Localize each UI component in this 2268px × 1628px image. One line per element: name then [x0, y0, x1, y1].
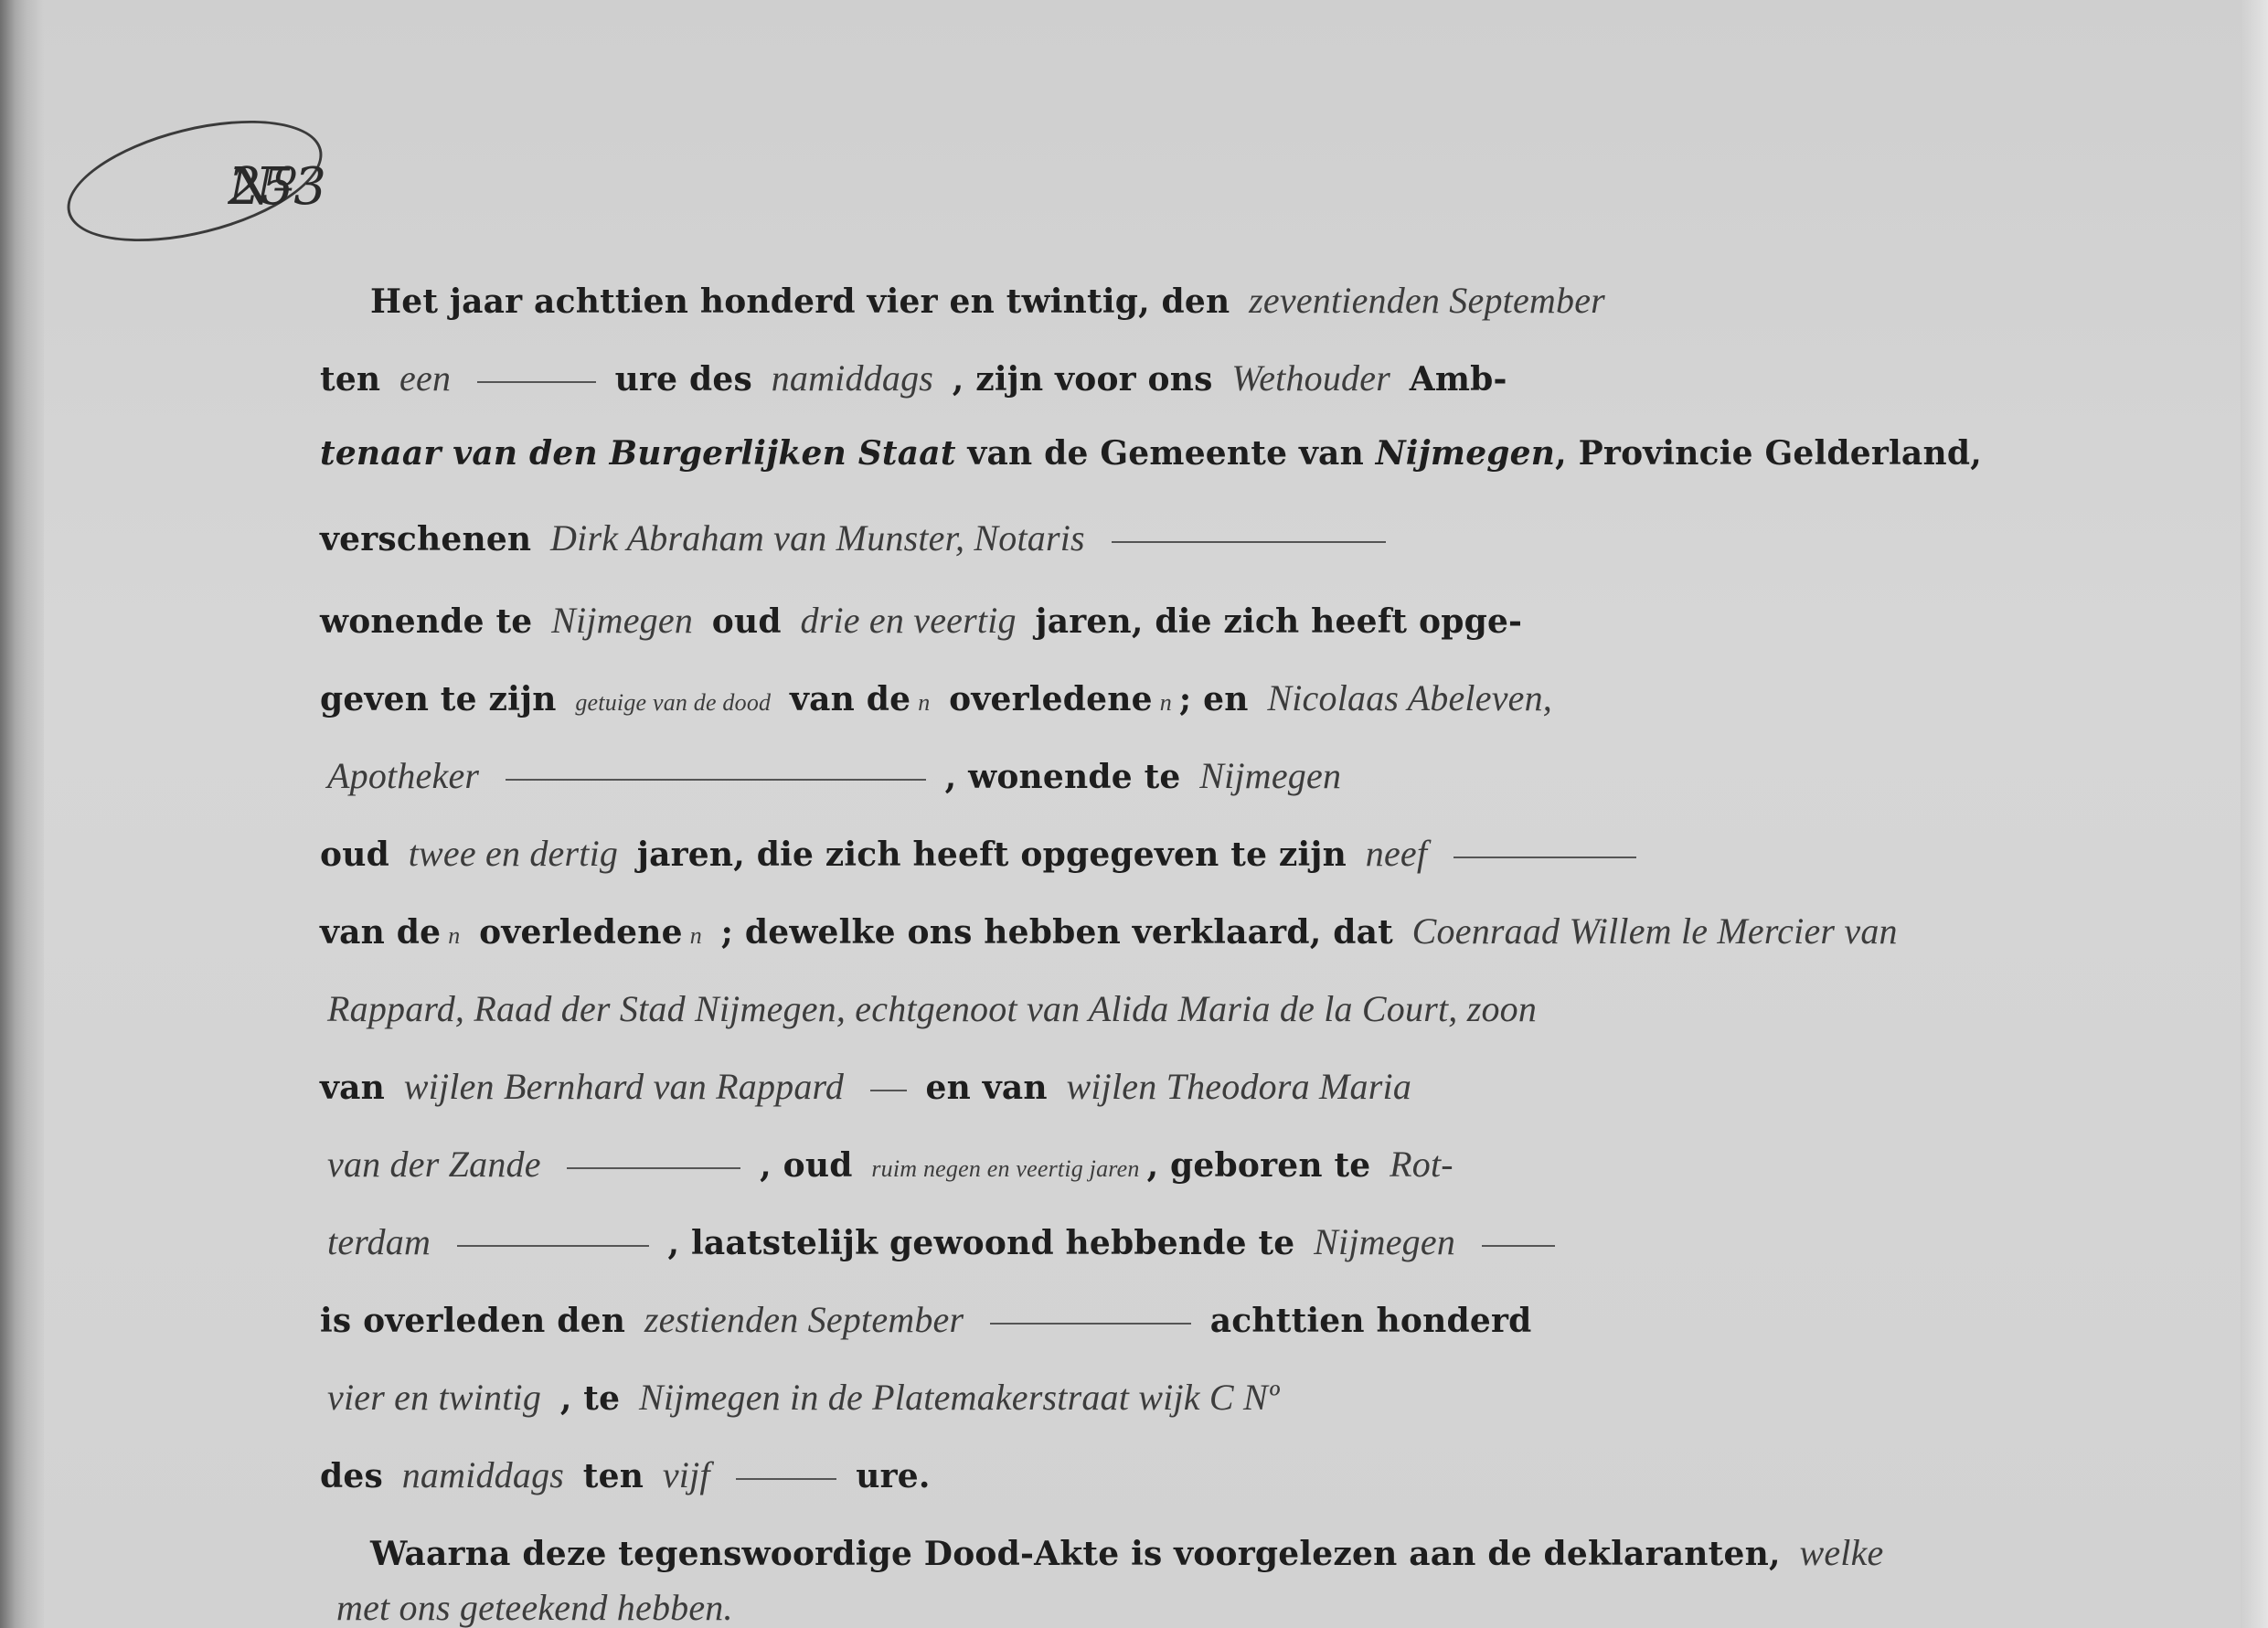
fill-dash: [567, 1167, 740, 1169]
printed-text: De: [1307, 1316, 1362, 1359]
handwritten-hour: vijf: [655, 1454, 718, 1495]
text-line: geven te zijn getuige van de dood van de…: [320, 676, 1560, 719]
handwritten-deceased-age: ruim negen en veertig jaren: [864, 1155, 1146, 1182]
text-line: Rappard, Raad der Stad Nijmegen, echtgen…: [320, 987, 1544, 1030]
handwritten-suffix: n: [910, 689, 937, 716]
text-line: ten een ure des namiddags , zijn voor on…: [320, 356, 1507, 399]
printed-text: ; dewelke ons hebben verklaard, dat: [721, 913, 1393, 952]
text-line: van wijlen Bernhard van Rappard en van w…: [320, 1065, 1419, 1108]
printed-text: geven te zijn: [320, 680, 557, 718]
printed-text: Amb-: [1410, 360, 1507, 399]
handwritten-suffix: n: [441, 922, 467, 949]
handwritten-declarant-2: Nicolaas Abeleven,: [1260, 677, 1560, 718]
handwritten-relation: getuige van de dood: [568, 689, 778, 716]
handwritten-hour: een: [392, 357, 458, 399]
handwritten-mother: wijlen Theodora Maria: [1059, 1066, 1419, 1107]
text-line: terdam , laatstelijk gewoond hebbende te…: [320, 1220, 1562, 1263]
printed-text: ure des: [615, 360, 752, 399]
printed-text: Het jaar achttien honderd vier en twinti…: [370, 282, 1230, 321]
printed-text: , oud: [760, 1146, 852, 1185]
printed-text: ure.: [856, 1457, 930, 1495]
text-line: Waarna deze tegenswoordige Dood-Akte is …: [370, 1531, 1891, 1574]
printed-text: tenaar van den Burgerlijken Staat: [320, 434, 956, 473]
handwritten-closing: welke: [1792, 1532, 1890, 1573]
printed-text: overledene: [949, 680, 1153, 718]
printed-text: en van: [926, 1069, 1048, 1107]
handwritten-time-of-day: namiddags: [764, 357, 941, 399]
handwritten-occupation: Apotheker: [320, 755, 486, 796]
fill-dash: [1453, 857, 1636, 858]
printed-municipality: Nijmegen: [1376, 434, 1555, 473]
fill-dash: [506, 779, 926, 781]
fill-dash: [457, 1245, 649, 1247]
record-number-value: 253: [229, 157, 326, 217]
printed-text: , geboren te: [1147, 1146, 1371, 1185]
printed-text: , te: [560, 1379, 620, 1418]
text-line: oud twee en dertig jaren, die zich heeft…: [320, 832, 1644, 875]
text-line: van den overledenen ; dewelke ons hebben…: [320, 910, 1905, 952]
handwritten-birthplace: Rot-: [1382, 1144, 1461, 1185]
handwritten-official-title: Wethouder voornoemd: [1371, 1317, 1702, 1358]
handwritten-suffix: n: [1153, 689, 1179, 716]
printed-text: , Provincie Gelderland,: [1555, 434, 1982, 473]
text-line: Apotheker , wonende te Nijmegen: [320, 754, 1348, 797]
fill-dash: [477, 381, 596, 383]
fill-dash: [1112, 541, 1386, 543]
record-number-stamp: Nº253: [64, 128, 338, 229]
printed-text: van de Gemeente van: [967, 434, 1364, 473]
printed-text: overledene: [479, 913, 683, 952]
handwritten-deceased-details: Rappard, Raad der Stad Nijmegen, echtgen…: [320, 988, 1544, 1029]
handwritten-residence: Nijmegen: [544, 600, 700, 641]
printed-text: is overleden den: [320, 1302, 625, 1340]
printed-text: Waarna deze tegenswoordige Dood-Akte is …: [370, 1535, 1781, 1573]
handwritten-age: twee en dertig: [401, 833, 625, 874]
printed-text: verschenen: [320, 520, 531, 559]
printed-text: , wonende te: [945, 758, 1181, 796]
handwritten-closing: met ons geteekend hebben.: [329, 1587, 740, 1628]
handwritten-residence: Nijmegen: [1192, 755, 1348, 796]
printed-text: wonende te: [320, 602, 532, 641]
fill-dash: [870, 1090, 907, 1091]
handwritten-father: wijlen Bernhard van Rappard: [397, 1066, 851, 1107]
text-line: verschenen Dirk Abraham van Munster, Not…: [320, 516, 1393, 559]
text-line: Het jaar achttien honderd vier en twinti…: [370, 279, 1613, 322]
printed-text: jaren, die zich heeft opge-: [1035, 602, 1522, 641]
printed-text: van: [320, 1069, 385, 1107]
page-binding-edge: [0, 0, 44, 1628]
printed-text: ten: [320, 360, 380, 399]
printed-text: van de: [320, 913, 441, 952]
printed-text: , laatstelijk gewoond hebbende te: [668, 1224, 1295, 1262]
handwritten-mother-surname: van der Zande: [320, 1144, 548, 1185]
page-right-edge: [2241, 0, 2268, 1628]
handwritten-official-title: Wethouder: [1224, 357, 1398, 399]
text-line: tenaar van den Burgerlijken Staat van de…: [320, 434, 1982, 473]
text-line: van der Zande , oud ruim negen en veerti…: [320, 1143, 1461, 1186]
printed-text: ten: [583, 1457, 644, 1495]
printed-text: oud: [320, 835, 389, 874]
handwritten-last-residence: Nijmegen: [1306, 1221, 1463, 1262]
printed-text: jaren, die zich heeft opgegeven te zijn: [637, 835, 1347, 874]
text-line: met ons geteekend hebben.: [329, 1586, 740, 1628]
printed-text: ; en: [1179, 680, 1249, 718]
printed-text: , zijn voor ons: [953, 360, 1213, 399]
handwritten-death-date: zestienden September: [637, 1299, 971, 1340]
fill-dash: [1482, 1245, 1555, 1247]
handwritten-birthplace-cont: terdam: [320, 1221, 438, 1262]
handwritten-relation: neef: [1358, 833, 1434, 874]
fill-dash: [736, 1478, 836, 1480]
handwritten-suffix: n: [683, 922, 709, 949]
handwritten-age: drie en veertig: [793, 600, 1023, 641]
printed-text: van de: [790, 680, 910, 718]
printed-text: oud: [712, 602, 782, 641]
handwritten-declarant-1: Dirk Abraham van Munster, Notaris: [543, 517, 1092, 559]
handwritten-death-place: Nijmegen in de Platemakerstraat wijk C N…: [632, 1377, 1287, 1418]
handwritten-date: zeventienden September: [1241, 280, 1613, 321]
fill-dash: [990, 1323, 1191, 1325]
handwritten-deceased-name: Coenraad Willem le Mercier van: [1405, 910, 1905, 952]
text-line: wonende te Nijmegen oud drie en veertig …: [320, 599, 1522, 642]
document-page: Nº253 Het jaar achttien honderd vier en …: [0, 0, 2268, 1628]
